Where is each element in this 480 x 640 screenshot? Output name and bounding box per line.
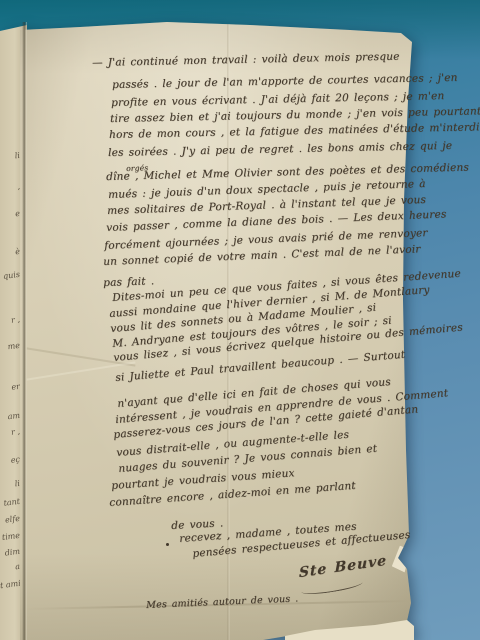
text-fragment: è bbox=[0, 247, 20, 258]
text-fragment: li bbox=[0, 479, 20, 490]
fold-gap-shadow bbox=[22, 22, 27, 640]
text-fragment: er bbox=[0, 382, 20, 393]
text-fragment: time bbox=[0, 531, 20, 542]
text-fragment: li bbox=[0, 151, 20, 162]
text-fragment: a bbox=[0, 562, 20, 573]
torn-edge-chip bbox=[391, 545, 411, 574]
text-fragment: am bbox=[0, 411, 20, 422]
photograph-of-letter: li , e è quis r , me er am r , eç li tan… bbox=[0, 0, 480, 640]
handwritten-line: pas fait . bbox=[103, 276, 154, 288]
ink-dot bbox=[166, 543, 169, 546]
text-fragment: r , bbox=[0, 315, 20, 326]
text-fragment: t amis bbox=[0, 579, 20, 590]
text-fragment: , bbox=[0, 182, 20, 193]
text-fragment: e bbox=[0, 209, 20, 220]
text-fragment: r , bbox=[0, 427, 20, 438]
text-fragment: me bbox=[0, 341, 20, 352]
text-fragment: eç bbox=[0, 455, 20, 466]
text-fragment: elfe bbox=[0, 514, 20, 525]
text-fragment: tant bbox=[0, 497, 20, 508]
text-fragment: dim bbox=[0, 547, 20, 558]
text-fragment: quis bbox=[0, 270, 20, 281]
